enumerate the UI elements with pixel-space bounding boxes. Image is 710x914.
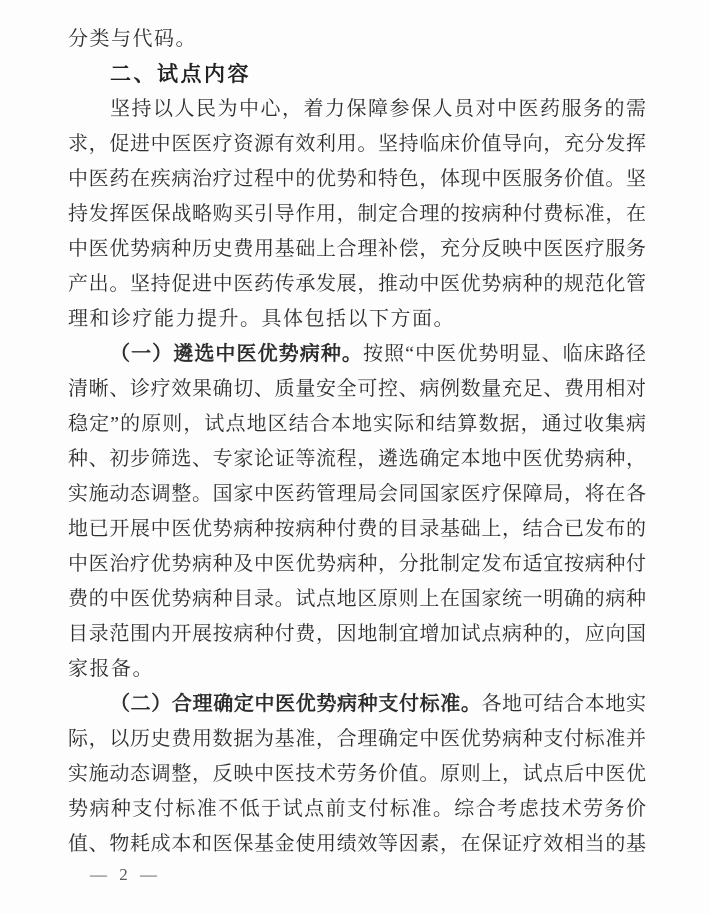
line-text: 产出。坚持促进中医药传承发展，推动中医优势病种的规范化管: [68, 273, 646, 295]
document-line: 中医药在疾病治疗过程中的优势和特色，体现中医服务价值。坚: [68, 162, 646, 197]
heading-text: 二、试点内容: [110, 63, 251, 86]
line-text: 各地可结合本地实: [482, 693, 646, 715]
document-line: 值、物耗成本和医保基金使用绩效等因素，在保证疗效相当的基: [68, 827, 646, 862]
line-text: 际，以历史费用数据为基准，合理确定中医优势病种支付标准并: [68, 728, 646, 750]
document-line: （一）遴选中医优势病种。按照“中医优势明显、临床路径: [68, 337, 646, 372]
line-text: 中医优势病种历史费用基础上合理补偿，充分反映中医医疗服务: [68, 238, 646, 260]
document-line: 势病种支付标准不低于试点前支付标准。综合考虑技术劳务价: [68, 792, 646, 827]
line-text: 坚持以人民为中心，着力保障参保人员对中医药服务的需: [110, 98, 646, 120]
document-body: 分类与代码。 二、试点内容 坚持以人民为中心，着力保障参保人员对中医药服务的需 …: [68, 22, 646, 862]
line-text: 费的中医优势病种目录。试点地区原则上在国家统一明确的病种: [68, 588, 646, 610]
item-1-lead-in: （一）遴选中医优势病种。: [110, 343, 363, 365]
line-text: 地已开展中医优势病种按病种付费的目录基础上，结合已发布的: [68, 518, 646, 540]
document-line: 坚持以人民为中心，着力保障参保人员对中医药服务的需: [68, 92, 646, 127]
line-text: 目录范围内开展按病种付费，因地制宜增加试点病种的，应向国: [68, 623, 646, 645]
document-line: 求，促进中医医疗资源有效利用。坚持临床价值导向，充分发挥: [68, 127, 646, 162]
document-line: 清晰、诊疗效果确切、质量安全可控、病例数量充足、费用相对: [68, 372, 646, 407]
line-text: 势病种支付标准不低于试点前支付标准。综合考虑技术劳务价: [68, 798, 646, 820]
document-line: 家报备。: [68, 652, 646, 687]
document-line: 实施动态调整，反映中医技术劳务价值。原则上，试点后中医优: [68, 757, 646, 792]
line-text: 持发挥医保战略购买引导作用，制定合理的按病种付费标准，在: [68, 203, 646, 225]
document-line: 分类与代码。: [68, 22, 646, 57]
line-text: 按照“中医优势明显、临床路径: [363, 343, 646, 365]
line-text: 中医治疗优势病种及中医优势病种，分批制定发布适宜按病种付: [68, 553, 646, 575]
line-text: 种、初步筛选、专家论证等流程，遴选确定本地中医优势病种，: [68, 448, 646, 470]
document-line: 理和诊疗能力提升。具体包括以下方面。: [68, 302, 646, 337]
line-text: 理和诊疗能力提升。具体包括以下方面。: [68, 308, 455, 330]
document-line: 产出。坚持促进中医药传承发展，推动中医优势病种的规范化管: [68, 267, 646, 302]
item-2-lead-in: （二）合理确定中医优势病种支付标准。: [110, 693, 482, 715]
document-page: 分类与代码。 二、试点内容 坚持以人民为中心，着力保障参保人员对中医药服务的需 …: [0, 0, 710, 914]
document-line: 种、初步筛选、专家论证等流程，遴选确定本地中医优势病种，: [68, 442, 646, 477]
page-number: — 2 —: [90, 860, 161, 890]
line-text: 求，促进中医医疗资源有效利用。坚持临床价值导向，充分发挥: [68, 133, 646, 155]
line-text: 实施动态调整，反映中医技术劳务价值。原则上，试点后中医优: [68, 763, 646, 785]
line-text: 家报备。: [68, 658, 154, 680]
document-line: 目录范围内开展按病种付费，因地制宜增加试点病种的，应向国: [68, 617, 646, 652]
line-text: 分类与代码。: [68, 28, 197, 50]
line-text: 清晰、诊疗效果确切、质量安全可控、病例数量充足、费用相对: [68, 378, 646, 400]
document-line: 际，以历史费用数据为基准，合理确定中医优势病种支付标准并: [68, 722, 646, 757]
line-text: 中医药在疾病治疗过程中的优势和特色，体现中医服务价值。坚: [68, 168, 646, 190]
document-line: 稳定”的原则，试点地区结合本地实际和结算数据，通过收集病: [68, 407, 646, 442]
document-line: （二）合理确定中医优势病种支付标准。各地可结合本地实: [68, 687, 646, 722]
section-heading: 二、试点内容: [68, 57, 646, 92]
line-text: 稳定”的原则，试点地区结合本地实际和结算数据，通过收集病: [68, 413, 646, 435]
document-line: 中医优势病种历史费用基础上合理补偿，充分反映中医医疗服务: [68, 232, 646, 267]
line-text: 实施动态调整。国家中医药管理局会同国家医疗保障局，将在各: [68, 483, 646, 505]
document-line: 费的中医优势病种目录。试点地区原则上在国家统一明确的病种: [68, 582, 646, 617]
document-line: 持发挥医保战略购买引导作用，制定合理的按病种付费标准，在: [68, 197, 646, 232]
line-text: 值、物耗成本和医保基金使用绩效等因素，在保证疗效相当的基: [68, 833, 646, 855]
document-line: 地已开展中医优势病种按病种付费的目录基础上，结合已发布的: [68, 512, 646, 547]
document-line: 实施动态调整。国家中医药管理局会同国家医疗保障局，将在各: [68, 477, 646, 512]
document-line: 中医治疗优势病种及中医优势病种，分批制定发布适宜按病种付: [68, 547, 646, 582]
